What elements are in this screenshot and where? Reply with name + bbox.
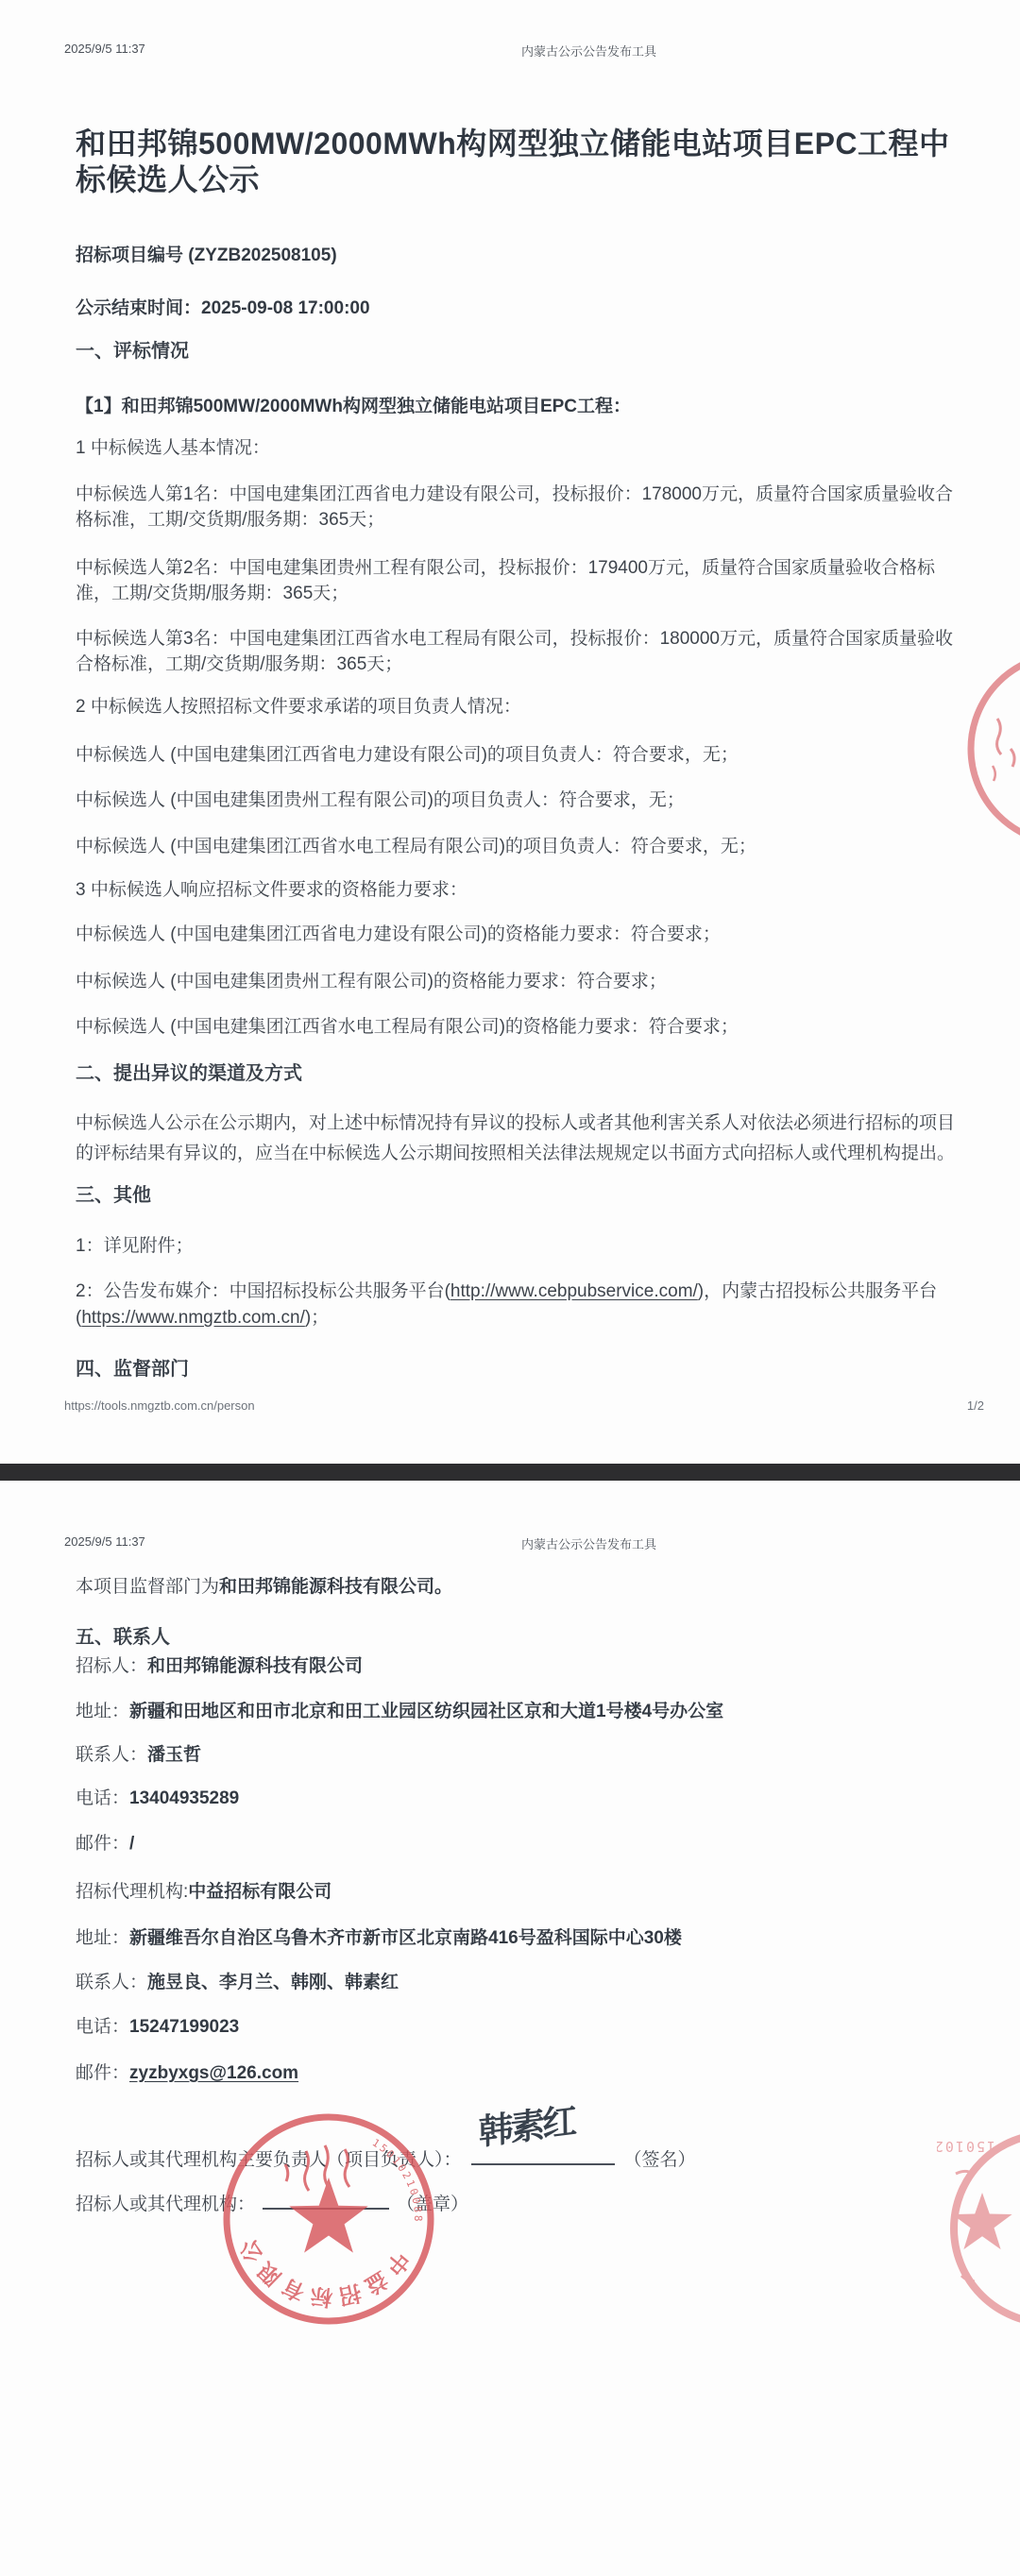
tenderer-email-row: 邮件：/: [76, 1831, 956, 1856]
agency-address-row: 地址：新疆维吾尔自治区乌鲁木齐市新市区北京南路416号盈科国际中心30楼: [76, 1925, 956, 1951]
email-value: /: [129, 1834, 134, 1854]
media-text-prefix: 2：公告发布媒介：中国招标投标公共服务平台(: [76, 1281, 450, 1301]
phone-label: 电话：: [76, 1788, 129, 1808]
phone-value: 15247199023: [129, 2017, 239, 2037]
supervision-prefix: 本项目监督部门为: [76, 1577, 219, 1597]
company-seal: 中益招标有限公司 15010210088001: [215, 2106, 442, 2332]
signature-label: 招标人或其代理机构主要负责人（项目负责人）：: [76, 2150, 462, 2170]
project-manager-label: 2 中标候选人按照招标文件要求承诺的项目负责人情况：: [76, 694, 956, 720]
other-item-1: 1：详见附件；: [76, 1233, 956, 1259]
page-number: 1/2: [967, 1398, 984, 1413]
agency-label: 招标代理机构:: [76, 1882, 188, 1902]
page2-header: 2025/9/5 11:37 内蒙古公示公告发布工具: [0, 1534, 1020, 1572]
agency-phone-row: 电话：15247199023: [76, 2014, 956, 2040]
cebpubservice-link[interactable]: http://www.cebpubservice.com/: [450, 1281, 698, 1301]
email-label: 邮件：: [76, 1834, 129, 1854]
print-datetime: 2025/9/5 11:37: [64, 1534, 145, 1549]
section-2-heading: 二、提出异议的渠道及方式: [76, 1061, 956, 1087]
media-text-suffix: )；: [305, 1308, 329, 1328]
contact-value: 施昱良、李月兰、韩刚、韩素红: [147, 1973, 399, 1992]
section-3-heading: 三、其他: [76, 1183, 956, 1209]
tenderer-phone-row: 电话：13404935289: [76, 1786, 956, 1811]
page1-header: 2025/9/5 11:37 内蒙古公示公告发布工具: [0, 42, 1020, 79]
agency-contact-row: 联系人：施昱良、李月兰、韩刚、韩素红: [76, 1970, 956, 1995]
qualification-check-3: 中标候选人 (中国电建集团江西省水电工程局有限公司)的资格能力要求：符合要求；: [76, 1014, 956, 1040]
footer-url: https://tools.nmgztb.com.cn/person: [64, 1398, 255, 1413]
signature-underline: 韩素红: [471, 2144, 615, 2165]
publish-tool-name: 内蒙古公示公告发布工具: [521, 1534, 656, 1552]
candidate-2: 中标候选人第2名：中国电建集团贵州工程有限公司，投标报价：179400万元，质量…: [76, 555, 956, 606]
tenderer-row: 招标人：和田邦锦能源科技有限公司: [76, 1653, 956, 1679]
page-2: 2025/9/5 11:37 内蒙古公示公告发布工具 本项目监督部门为和田邦锦能…: [0, 1481, 1020, 2576]
page-1: 2025/9/5 11:37 内蒙古公示公告发布工具 和田邦锦500MW/200…: [0, 0, 1020, 1464]
handwritten-signature: 韩素红: [478, 2108, 574, 2145]
section-1-subheading: 【1】和田邦锦500MW/2000MWh构网型独立储能电站项目EPC工程：: [76, 394, 956, 419]
address-label: 地址：: [76, 1702, 129, 1721]
address-value: 新疆维吾尔自治区乌鲁木齐市新市区北京南路416号盈科国际中心30楼: [129, 1928, 682, 1948]
agency-email-link[interactable]: zyzbyxgs@126.com: [129, 2063, 298, 2083]
contact-label: 联系人：: [76, 1973, 147, 1992]
tenderer-address-row: 地址：新疆和田地区和田市北京和田工业园区纺织园社区京和大道1号楼4号办公室: [76, 1699, 956, 1724]
basic-situation-label: 1 中标候选人基本情况：: [76, 435, 956, 461]
document-title: 和田邦锦500MW/2000MWh构网型独立储能电站项目EPC工程中标候选人公示: [76, 126, 956, 197]
supervision-paragraph: 本项目监督部门为和田邦锦能源科技有限公司。: [76, 1574, 956, 1600]
phone-value: 13404935289: [129, 1788, 239, 1808]
partial-red-seal-page1: [961, 645, 1020, 853]
tenderer-value: 和田邦锦能源科技有限公司: [147, 1656, 363, 1676]
candidate-1: 中标候选人第1名：中国电建集团江西省电力建设有限公司，投标报价：178000万元…: [76, 482, 956, 533]
other-item-2: 2：公告发布媒介：中国招标投标公共服务平台(http://www.cebpubs…: [76, 1279, 956, 1331]
address-value: 新疆和田地区和田市北京和田工业园区纺织园社区京和大道1号楼4号办公室: [129, 1702, 723, 1721]
project-number: 招标项目编号 (ZYZB202508105): [76, 243, 956, 268]
candidate-3: 中标候选人第3名：中国电建集团江西省水电工程局有限公司，投标报价：180000万…: [76, 626, 956, 677]
agency-row: 招标代理机构:中益招标有限公司: [76, 1879, 956, 1905]
publicity-deadline: 公示结束时间：2025-09-08 17:00:00: [76, 296, 956, 321]
signature-row: 招标人或其代理机构主要负责人（项目负责人）：韩素红（签名）: [76, 2144, 956, 2173]
qualification-check-1: 中标候选人 (中国电建集团江西省电力建设有限公司)的资格能力要求：符合要求；: [76, 922, 956, 947]
seal-row: 招标人或其代理机构：（盖章）: [76, 2189, 956, 2217]
seal-suffix: （盖章）: [397, 2195, 468, 2214]
nmgztb-link[interactable]: https://www.nmgztb.com.cn/: [81, 1308, 305, 1328]
contact-value: 潘玉哲: [147, 1745, 201, 1765]
address-label: 地址：: [76, 1928, 129, 1948]
seal-label: 招标人或其代理机构：: [76, 2195, 255, 2214]
qualification-check-2: 中标候选人 (中国电建集团贵州工程有限公司)的资格能力要求：符合要求；: [76, 969, 956, 994]
objection-paragraph: 中标候选人公示在公示期内，对上述中标情况持有异议的投标人或者其他利害关系人对依法…: [76, 1109, 956, 1169]
page-break-divider: [0, 1464, 1020, 1481]
supervision-department-name: 和田邦锦能源科技有限公司。: [219, 1577, 452, 1597]
email-label: 邮件：: [76, 2063, 129, 2083]
manager-check-2: 中标候选人 (中国电建集团贵州工程有限公司)的项目负责人：符合要求，无；: [76, 788, 956, 813]
section-4-heading: 四、监督部门: [76, 1357, 956, 1382]
agency-value: 中益招标有限公司: [188, 1882, 331, 1902]
signature-suffix: （签名）: [624, 2150, 696, 2170]
qualification-label: 3 中标候选人响应招标文件要求的资格能力要求：: [76, 877, 956, 903]
seal-underline: [263, 2189, 389, 2210]
phone-label: 电话：: [76, 2017, 129, 2037]
manager-check-3: 中标候选人 (中国电建集团江西省水电工程局有限公司)的项目负责人：符合要求，无；: [76, 834, 956, 859]
announcement-print-preview: 2025/9/5 11:37 内蒙古公示公告发布工具 和田邦锦500MW/200…: [0, 0, 1020, 2576]
contact-label: 联系人：: [76, 1745, 147, 1765]
section-5-heading: 五、联系人: [76, 1625, 956, 1651]
agency-email-row: 邮件：zyzbyxgs@126.com: [76, 2060, 956, 2086]
tenderer-contact-row: 联系人：潘玉哲: [76, 1742, 956, 1768]
tenderer-label: 招标人：: [76, 1656, 147, 1676]
print-datetime: 2025/9/5 11:37: [64, 42, 145, 56]
publish-tool-name: 内蒙古公示公告发布工具: [521, 42, 656, 59]
manager-check-1: 中标候选人 (中国电建集团江西省电力建设有限公司)的项目负责人：符合要求，无；: [76, 742, 956, 768]
section-1-heading: 一、评标情况: [76, 339, 956, 364]
